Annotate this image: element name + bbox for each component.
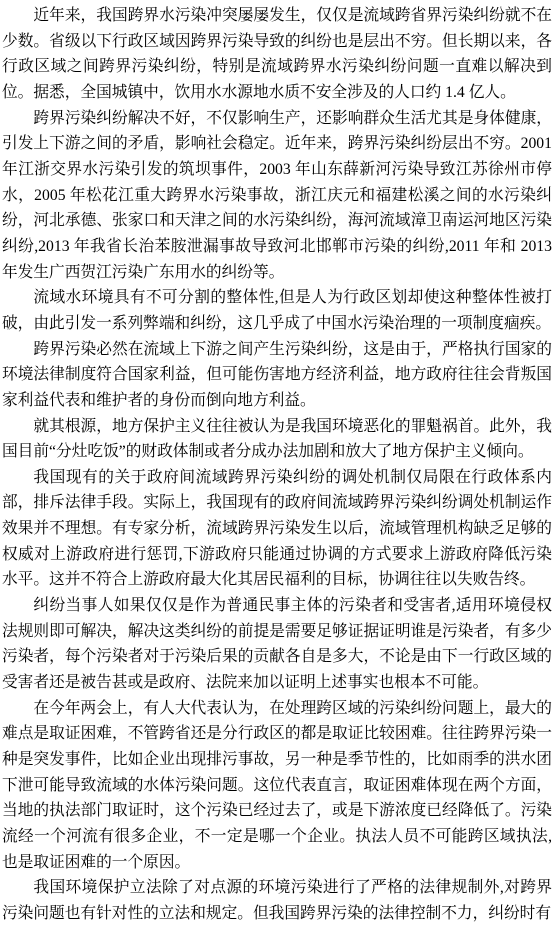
paragraph-9-truncated: 我国环境保护立法除了对点源的环境污染进行了严格的法律规制外,对跨界污染问题也有针… [2,875,552,926]
paragraph-6: 我国现有的关于政府间流域跨界污染纠纷的调处机制仅局限在行政体系内部，排斥法律手段… [2,465,552,593]
paragraph-3: 流域水环境具有不可分割的整体性,但是人为行政区划却使这种整体性被打破，由此引发一… [2,285,552,336]
paragraph-1: 近年来，我国跨界水污染冲突屡屡发生，仅仅是流域跨省界污染纠纷就不在少数。省级以下… [2,3,552,106]
document-page: 近年来，我国跨界水污染冲突屡屡发生，仅仅是流域跨省界污染纠纷就不在少数。省级以下… [0,0,554,934]
paragraph-8: 在今年两会上，有人大代表认为，在处理跨区域的污染纠纷问题上，最大的难点是取证困难… [2,696,552,876]
paragraph-7: 纠纷当事人如果仅仅是作为普通民事主体的污染者和受害者,适用环境侵权法规则即可解决… [2,593,552,696]
paragraph-5: 就其根源，地方保护主义往往被认为是我国环境恶化的罪魁祸首。此外，我国目前“分灶吃… [2,414,552,465]
paragraph-2: 跨界污染纠纷解决不好，不仅影响生产，还影响群众生活尤其是身体健康，引发上下游之间… [2,106,552,286]
paragraph-4: 跨界污染必然在流域上下游之间产生污染纠纷，这是由于，严格执行国家的环境法律制度符… [2,337,552,414]
